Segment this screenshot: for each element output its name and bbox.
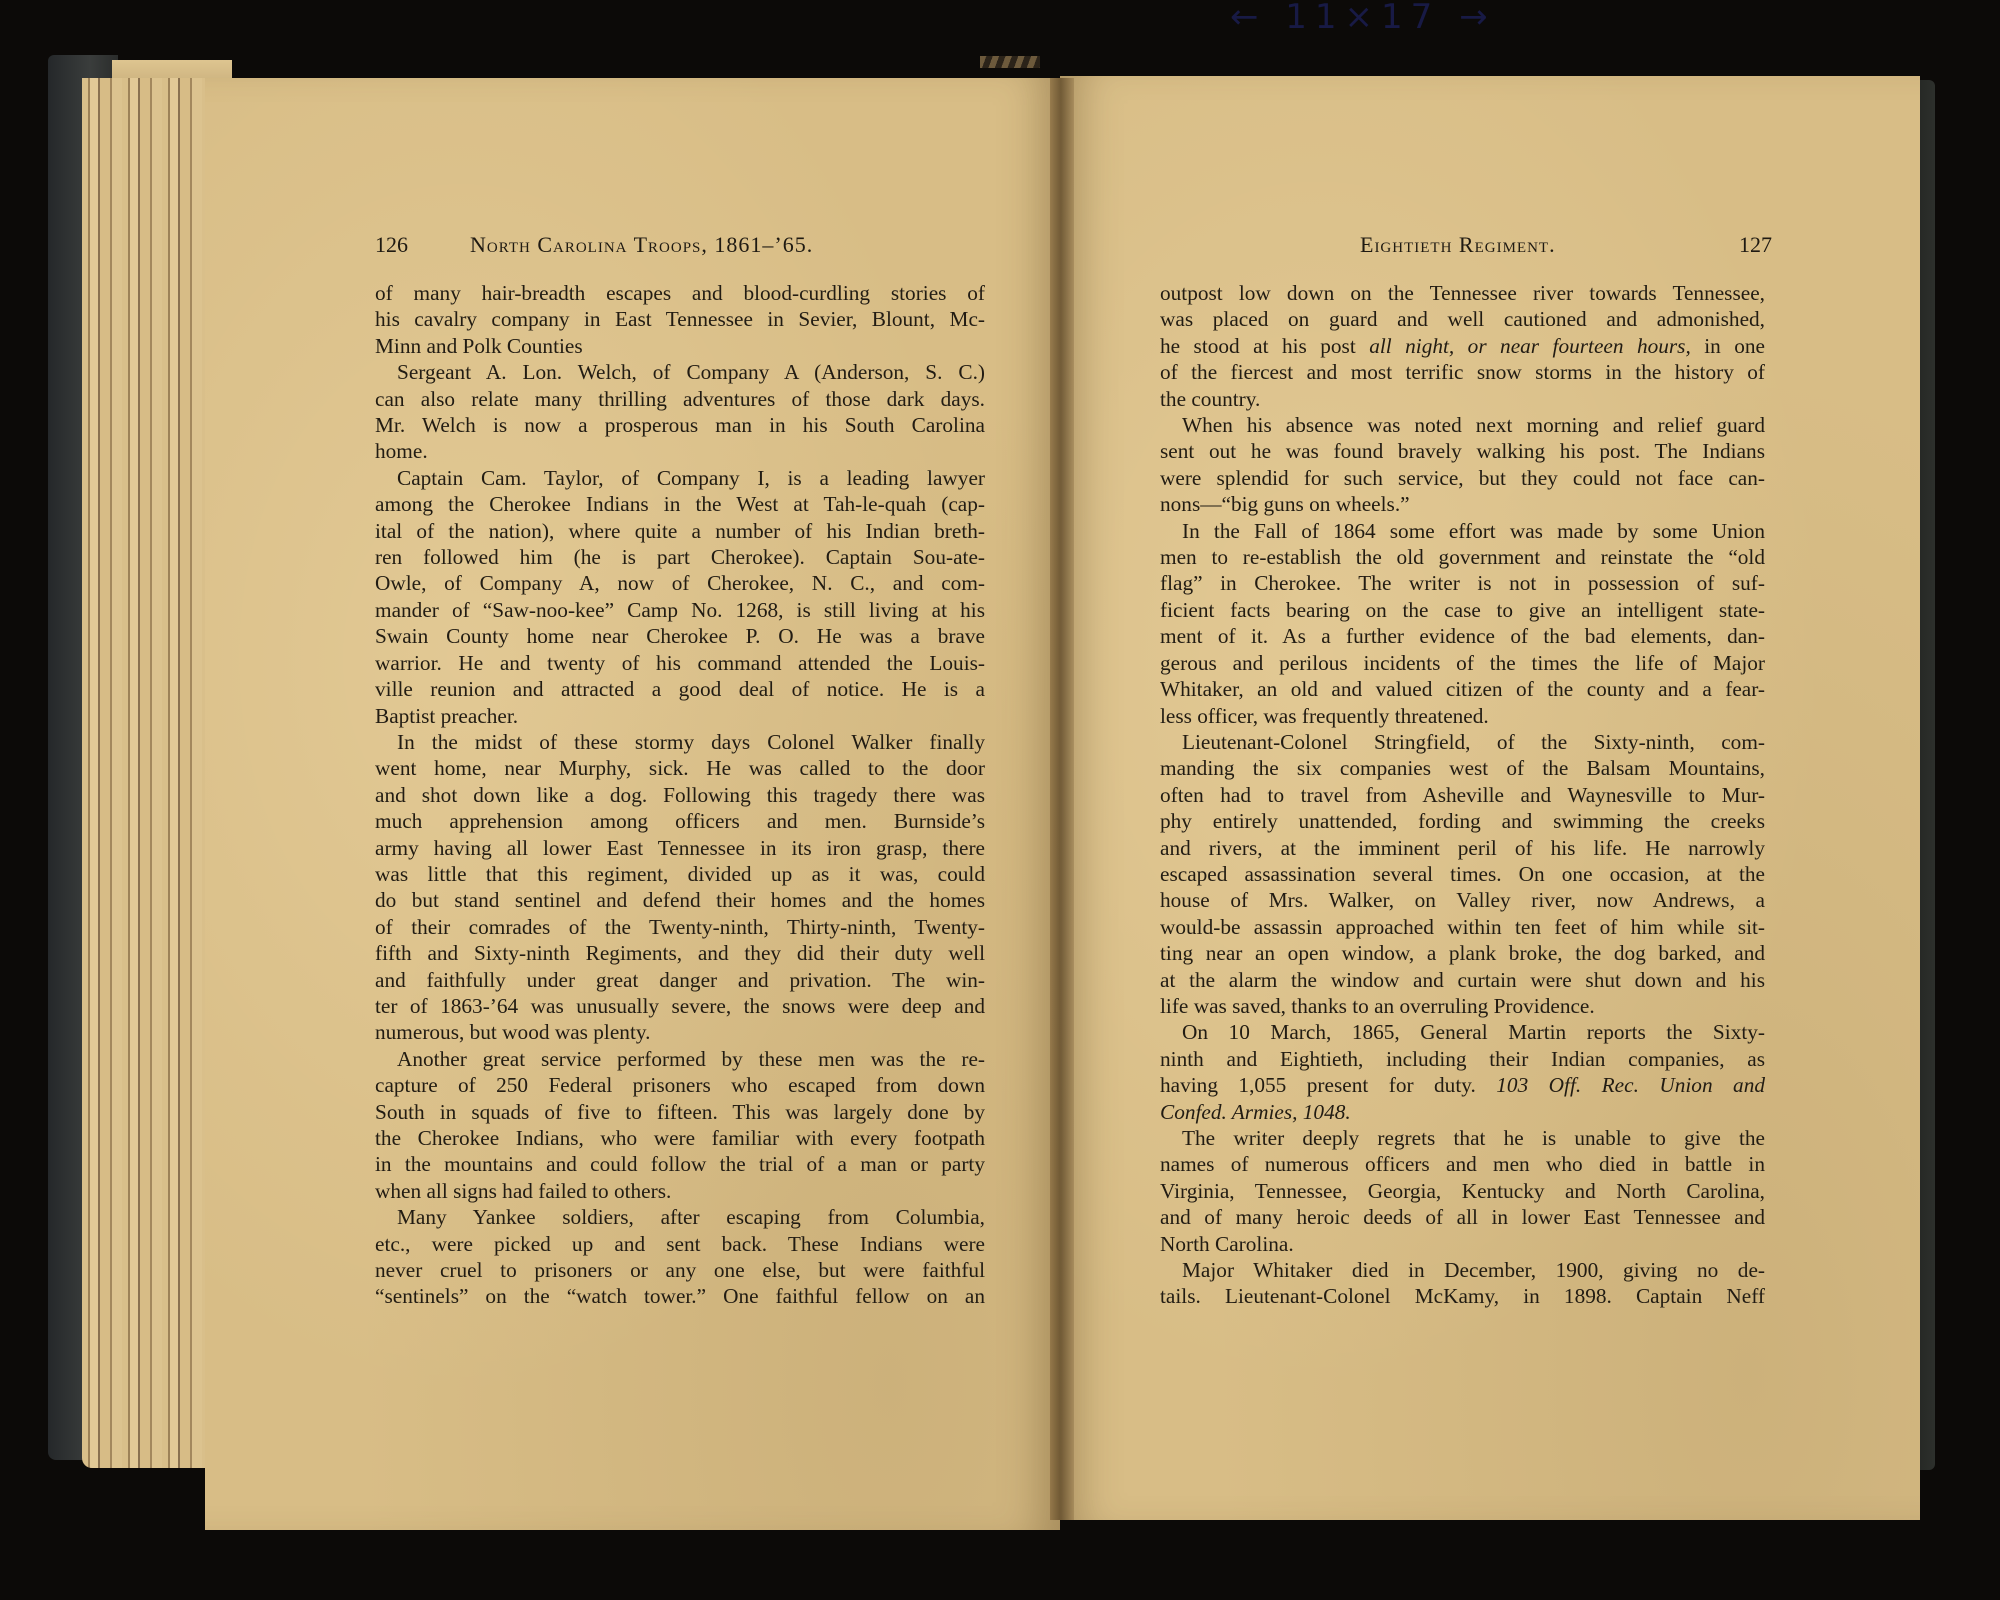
- text-line: and of many heroic deeds of all in lower…: [1160, 1204, 1765, 1230]
- left-running-head: 126 North Carolina Troops, 1861–’65.: [375, 232, 875, 258]
- text-line: “sentinels” on the “watch tower.” One fa…: [375, 1283, 985, 1309]
- text-line: nons—“big guns on wheels.”: [1160, 491, 1765, 517]
- text-line: the country.: [1160, 386, 1765, 412]
- paragraph: In the Fall of 1864 some effort was made…: [1160, 518, 1765, 729]
- text-line: when all signs had failed to others.: [375, 1178, 985, 1204]
- book-gutter: [1050, 78, 1074, 1520]
- text-line: phy entirely unattended, fording and swi…: [1160, 808, 1765, 834]
- text-line: was placed on guard and well cautioned a…: [1160, 306, 1765, 332]
- italic-citation: Confed. Armies, 1048.: [1160, 1100, 1351, 1124]
- text-line: warrior. He and twenty of his command at…: [375, 650, 985, 676]
- text-line: at the alarm the window and curtain were…: [1160, 967, 1765, 993]
- text-line: house of Mrs. Walker, on Valley river, n…: [1160, 887, 1765, 913]
- text-line: fifth and Sixty-ninth Regiments, and the…: [375, 940, 985, 966]
- paragraph: Another great service performed by these…: [375, 1046, 985, 1204]
- text-line: ment of it. As a further evidence of the…: [1160, 623, 1765, 649]
- text-line: numerous, but wood was plenty.: [375, 1019, 985, 1045]
- text-line: Mr. Welch is now a prosperous man in his…: [375, 412, 985, 438]
- text-line: was little that this regiment, divided u…: [375, 861, 985, 887]
- text-line: In the midst of these stormy days Colone…: [375, 729, 985, 755]
- left-page-number: 126: [375, 232, 408, 258]
- paragraph: Lieutenant-Colonel Stringfield, of the S…: [1160, 729, 1765, 1019]
- paragraph: Major Whitaker died in December, 1900, g…: [1160, 1257, 1765, 1310]
- text-line: he stood at his post all night, or near …: [1160, 333, 1765, 359]
- text-line: capture of 250 Federal prisoners who esc…: [375, 1072, 985, 1098]
- text-line: less officer, was frequently threatened.: [1160, 703, 1765, 729]
- text-line: and faithfully under great danger and pr…: [375, 967, 985, 993]
- left-page-body: of many hair-breadth escapes and blood-c…: [375, 280, 985, 1310]
- right-page-number: 127: [1739, 232, 1772, 258]
- text-line: of the fiercest and most terrific snow s…: [1160, 359, 1765, 385]
- text-line: often had to travel from Asheville and W…: [1160, 782, 1765, 808]
- text-line: Confed. Armies, 1048.: [1160, 1099, 1765, 1125]
- text-line: mander of “Saw-noo-kee” Camp No. 1268, i…: [375, 597, 985, 623]
- text-line: of many hair-breadth escapes and blood-c…: [375, 280, 985, 306]
- paragraph: In the midst of these stormy days Colone…: [375, 729, 985, 1046]
- text-line: Whitaker, an old and valued citizen of t…: [1160, 676, 1765, 702]
- text-line: Minn and Polk Counties: [375, 333, 985, 359]
- text-line: Lieutenant-Colonel Stringfield, of the S…: [1160, 729, 1765, 755]
- text-line: Many Yankee soldiers, after escaping fro…: [375, 1204, 985, 1230]
- text-line: went home, near Murphy, sick. He was cal…: [375, 755, 985, 781]
- text-line: When his absence was noted next morning …: [1160, 412, 1765, 438]
- text-line: ter of 1863-’64 was unusually severe, th…: [375, 993, 985, 1019]
- text-line: and shot down like a dog. Following this…: [375, 782, 985, 808]
- text-line: Baptist preacher.: [375, 703, 985, 729]
- text-line: flag” in Cherokee. The writer is not in …: [1160, 570, 1765, 596]
- text-line: home.: [375, 438, 985, 464]
- text-line: ficient facts bearing on the case to giv…: [1160, 597, 1765, 623]
- text-line: army having all lower East Tennessee in …: [375, 835, 985, 861]
- text-line: were splendid for such service, but they…: [1160, 465, 1765, 491]
- left-running-title: North Carolina Troops, 1861–’65.: [470, 232, 813, 258]
- text-line: In the Fall of 1864 some effort was made…: [1160, 518, 1765, 544]
- paragraph: When his absence was noted next morning …: [1160, 412, 1765, 518]
- text-line: Major Whitaker died in December, 1900, g…: [1160, 1257, 1765, 1283]
- paragraph: of many hair-breadth escapes and blood-c…: [375, 280, 985, 359]
- text-line: the Cherokee Indians, who were familiar …: [375, 1125, 985, 1151]
- paragraph: On 10 March, 1865, General Martin report…: [1160, 1019, 1765, 1125]
- text-line: Virginia, Tennessee, Georgia, Kentucky a…: [1160, 1178, 1765, 1204]
- text-line: men to re-establish the old government a…: [1160, 544, 1765, 570]
- text-line: sent out he was found bravely walking hi…: [1160, 438, 1765, 464]
- text-line: much apprehension among officers and men…: [375, 808, 985, 834]
- text-line: ville reunion and attracted a good deal …: [375, 676, 985, 702]
- spine-headband: [980, 56, 1040, 68]
- paragraph: The writer deeply regrets that he is una…: [1160, 1125, 1765, 1257]
- text-line: ital of the nation), where quite a numbe…: [375, 518, 985, 544]
- scale-marker: ← 11×17 →: [1230, 0, 1570, 34]
- text-line: manding the six companies west of the Ba…: [1160, 755, 1765, 781]
- text-line: Sergeant A. Lon. Welch, of Company A (An…: [375, 359, 985, 385]
- text-line: names of numerous officers and men who d…: [1160, 1151, 1765, 1177]
- text-line: Another great service performed by these…: [375, 1046, 985, 1072]
- text-line: his cavalry company in East Tennessee in…: [375, 306, 985, 332]
- text-line: ninth and Eightieth, including their Ind…: [1160, 1046, 1765, 1072]
- text-line: in the mountains and could follow the tr…: [375, 1151, 985, 1177]
- paragraph: Captain Cam. Taylor, of Company I, is a …: [375, 465, 985, 729]
- text-line: etc., were picked up and sent back. Thes…: [375, 1231, 985, 1257]
- text-line: On 10 March, 1865, General Martin report…: [1160, 1019, 1765, 1045]
- paragraph: Sergeant A. Lon. Welch, of Company A (An…: [375, 359, 985, 465]
- paragraph: outpost low down on the Tennessee river …: [1160, 280, 1765, 412]
- right-running-head: Eightieth Regiment. 127: [1360, 232, 1772, 258]
- text-line: Swain County home near Cherokee P. O. He…: [375, 623, 985, 649]
- text-line: can also relate many thrilling adventure…: [375, 386, 985, 412]
- text-line: outpost low down on the Tennessee river …: [1160, 280, 1765, 306]
- text-line: ting near an open window, a plank broke,…: [1160, 940, 1765, 966]
- text-line: having 1,055 present for duty. 103 Off. …: [1160, 1072, 1765, 1098]
- text-line: never cruel to prisoners or any one else…: [375, 1257, 985, 1283]
- paragraph: Many Yankee soldiers, after escaping fro…: [375, 1204, 985, 1310]
- right-running-title: Eightieth Regiment.: [1360, 232, 1556, 258]
- text-line: gerous and perilous incidents of the tim…: [1160, 650, 1765, 676]
- text-line: would-be assassin approached within ten …: [1160, 914, 1765, 940]
- text-line: and rivers, at the imminent peril of his…: [1160, 835, 1765, 861]
- text-line: South in squads of five to fifteen. This…: [375, 1099, 985, 1125]
- italic-citation: 103 Off. Rec. Union and: [1496, 1073, 1765, 1097]
- text-line: tails. Lieutenant-Colonel McKamy, in 189…: [1160, 1283, 1765, 1309]
- text-line: North Carolina.: [1160, 1231, 1765, 1257]
- right-page-body: outpost low down on the Tennessee river …: [1160, 280, 1765, 1310]
- text-line: Owle, of Company A, now of Cherokee, N. …: [375, 570, 985, 596]
- text-line: among the Cherokee Indians in the West a…: [375, 491, 985, 517]
- text-line: Captain Cam. Taylor, of Company I, is a …: [375, 465, 985, 491]
- text-line: life was saved, thanks to an overruling …: [1160, 993, 1765, 1019]
- text-line: of their comrades of the Twenty-ninth, T…: [375, 914, 985, 940]
- text-line: ren followed him (he is part Cherokee). …: [375, 544, 985, 570]
- page-edge-stack: [82, 78, 212, 1468]
- italic-citation: all night, or near fourteen hours,: [1369, 334, 1691, 358]
- text-line: do but stand sentinel and defend their h…: [375, 887, 985, 913]
- text-line: escaped assassination several times. On …: [1160, 861, 1765, 887]
- text-line: The writer deeply regrets that he is una…: [1160, 1125, 1765, 1151]
